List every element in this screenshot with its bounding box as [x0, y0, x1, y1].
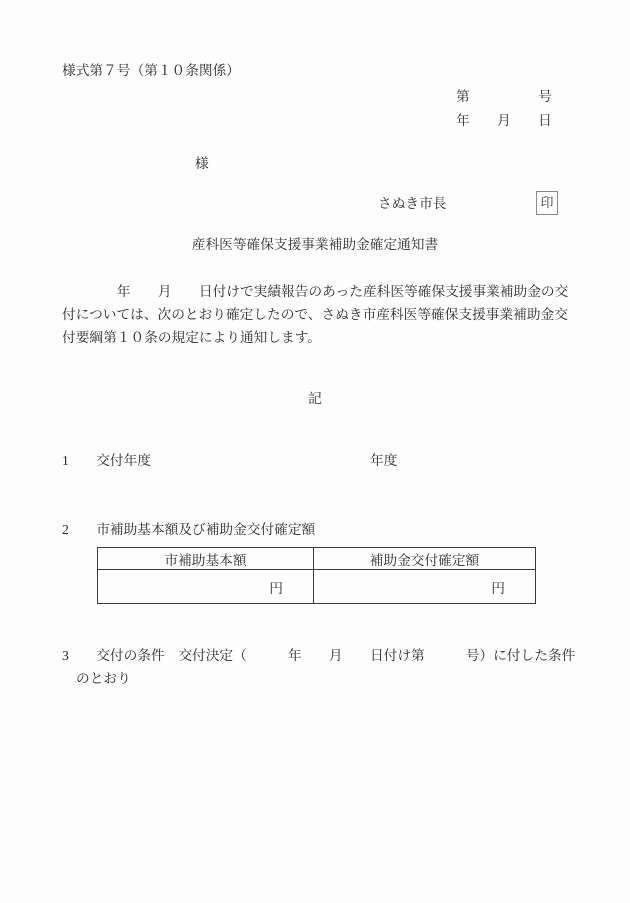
- addressee-suffix: 様: [195, 155, 209, 172]
- table-value-row: 円 円: [98, 570, 536, 604]
- document-page: 様式第７号（第１０条関係） 第 号 年 月 日 様 さぬき市長 印 産科医等確保…: [0, 0, 630, 903]
- table-cell-determined-amount-yen: 円: [314, 570, 536, 604]
- item-3-grant-conditions-line-2: のとおり: [76, 670, 131, 687]
- document-date-line: 年 月 日: [456, 112, 552, 129]
- ki-section-marker: 記: [0, 390, 630, 407]
- table-header-basic-amount: 市補助基本額: [98, 548, 314, 570]
- document-title: 産科医等確保支援事業補助金確定通知書: [0, 236, 630, 253]
- seal-stamp-box: 印: [536, 191, 558, 215]
- body-paragraph-line-1: 年 月 日付けで実績報告のあった産科医等確保支援事業補助金の交: [62, 283, 568, 300]
- item-3-grant-conditions-line-1: 3 交付の条件 交付決定（ 年 月 日付け第 号）に付した条件: [62, 647, 575, 664]
- sender-name: さぬき市長: [378, 195, 446, 212]
- item-2-subsidy-amounts-heading: 2 市補助基本額及び補助金交付確定額: [62, 521, 315, 538]
- table-cell-basic-amount-yen: 円: [98, 570, 314, 604]
- document-number-line: 第 号: [456, 88, 552, 105]
- body-paragraph-line-2: 付については、次のとおり確定したので、さぬき市産科医等確保支援事業補助金交: [62, 306, 568, 323]
- form-number-label: 様式第７号（第１０条関係）: [62, 62, 240, 79]
- table-header-row: 市補助基本額 補助金交付確定額: [98, 548, 536, 570]
- item-1-grant-fiscal-year: 1 交付年度 年度: [62, 452, 397, 469]
- body-paragraph-line-3: 付要綱第１０条の規定により通知します。: [62, 329, 321, 346]
- table-header-determined-amount: 補助金交付確定額: [314, 548, 536, 570]
- subsidy-amount-table: 市補助基本額 補助金交付確定額 円 円: [97, 547, 536, 604]
